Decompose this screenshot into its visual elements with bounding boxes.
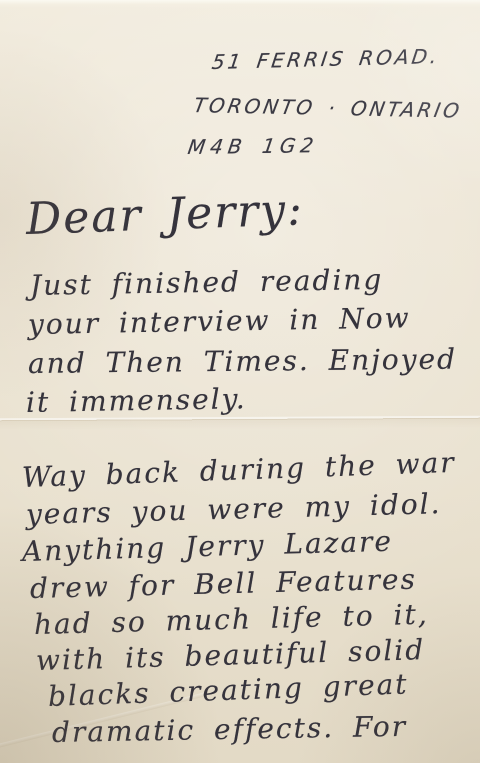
handwriting-line: years you were my idol.	[26, 490, 442, 529]
handwriting-line: your interview in Now	[28, 304, 411, 339]
handwriting-line: Way back during the war	[22, 449, 457, 492]
handwriting-line: and Then Times. Enjoyed	[28, 346, 457, 378]
address-line-street: 51 FERRIS ROAD.	[211, 46, 441, 72]
handwriting-line: blacks creating great	[48, 670, 409, 711]
handwriting-line: Just finished reading	[30, 266, 384, 300]
paper-top-edge	[0, 0, 480, 8]
handwriting-line: drew for Bell Features	[30, 566, 418, 603]
handwriting-line: it immensely.	[26, 385, 247, 417]
salutation: Dear Jerry:	[25, 188, 304, 242]
handwritten-letter-photo: 51 FERRIS ROAD. TORONTO · ONTARIO M4B 1G…	[0, 0, 480, 763]
handwriting-line: dramatic effects. For	[52, 713, 408, 747]
address-line-postal-code: M4B 1G2	[187, 135, 320, 157]
address-line-city: TORONTO · ONTARIO	[192, 95, 464, 121]
handwriting-line: Anything Jerry Lazare	[22, 528, 394, 566]
handwriting-line: had so much life to it,	[34, 601, 429, 639]
